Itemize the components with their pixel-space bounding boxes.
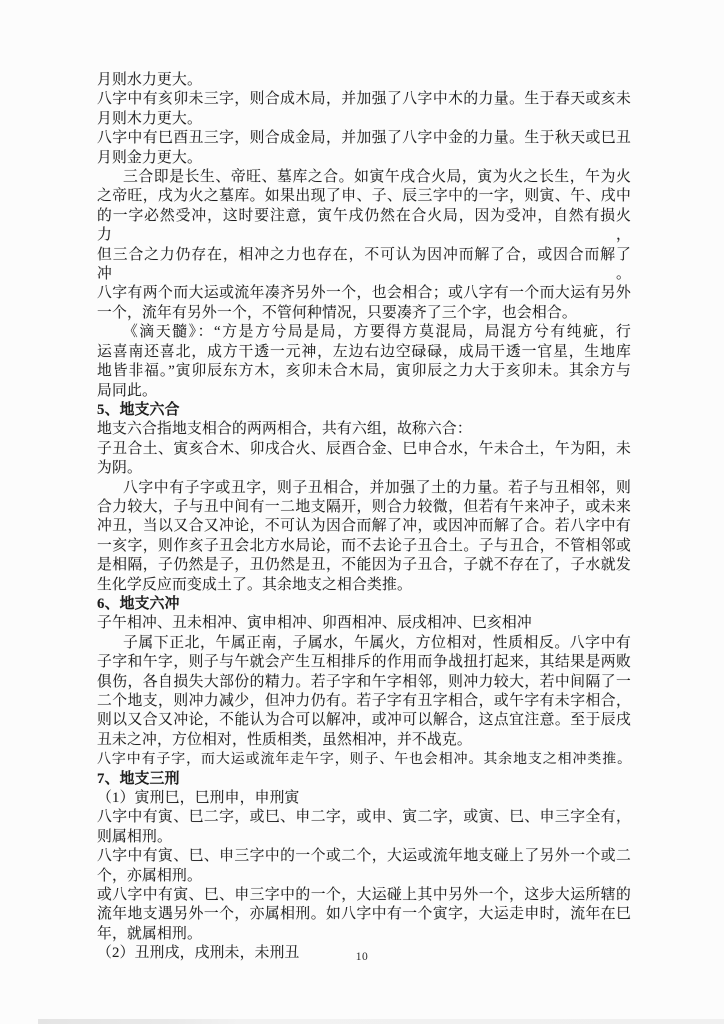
body-line: 为阴。 bbox=[97, 459, 631, 478]
body-line: 八字中有子字，而大运或流年走午字，则子、午也会相冲。其余地支之相冲类推。 bbox=[97, 750, 631, 769]
body-line: 八字中有寅、巳、申三字中的一个或二个，大运或流年地支碰上了另外一个或二 bbox=[97, 847, 631, 866]
body-line: 八字中有亥卯未三字，则合成木局，并加强了八字中木的力量。生于春天或亥未 bbox=[97, 90, 631, 109]
section-heading-dizhi-liuhe: 5、地支六合 bbox=[97, 401, 631, 420]
body-line: 合力较大，子与丑中间有一二地支隔开，则合力较微，但若有午来冲子，或未来 bbox=[97, 498, 631, 517]
document-page: 月则水力更大。 八字中有亥卯未三字，则合成木局，并加强了八字中木的力量。生于春天… bbox=[0, 0, 724, 1024]
body-line: 个，亦属相刑。 bbox=[97, 867, 631, 886]
body-line: 但三合之力仍存在，相冲之力也存在，不可认为因冲而解了合，或因合而解了冲。 bbox=[97, 246, 631, 285]
quote-line: 运喜南还喜北，成方干透一元神，左边右边空碌碌，成局干透一官星，生地库 bbox=[97, 343, 631, 362]
page-number: 10 bbox=[0, 951, 724, 963]
section-heading-dizhi-sanxing: 7、地支三刑 bbox=[97, 770, 631, 789]
body-line: 或八字中有寅、巳、申三字中的一个，大运碰上其中另外一个，这步大运所辖的 bbox=[97, 886, 631, 905]
body-line: 生化学反应而变成土了。其余地支之相合类推。 bbox=[97, 576, 631, 595]
body-line: 一亥字，则作亥子丑会北方水局论，而不去论子丑合土。子与丑合，不管相邻或 bbox=[97, 537, 631, 556]
body-line: 丑未之冲，方位相对，性质相类，虽然相冲，并不战克。 bbox=[97, 731, 631, 750]
body-line: 俱伤，各自损失大部份的精力。若子字和午字相邻，则冲力较大，若中间隔了一 bbox=[97, 673, 631, 692]
body-line: 则属相刑。 bbox=[97, 828, 631, 847]
subsection-label-1: （1）寅刑巳，巳刑申，申刑寅 bbox=[97, 789, 631, 808]
section-heading-dizhi-liuchong: 6、地支六冲 bbox=[97, 595, 631, 614]
body-line: 八字有两个而大运或流年凑齐另外一个，也会相合；或八字有一个而大运有另外 bbox=[97, 284, 631, 303]
body-line: 八字中有寅、巳二字，或巳、申二字，或申、寅二字，或寅、巳、申三字全有， bbox=[97, 808, 631, 827]
body-line: 子丑合土、寅亥合木、卯戌合火、辰酉合金、巳申合水，午未合土，午为阳，未 bbox=[97, 440, 631, 459]
body-line: 局同此。 bbox=[97, 382, 631, 401]
body-line: 月则水力更大。 bbox=[97, 71, 631, 90]
body-line: 冲丑，当以又合又冲论，不可认为因合而解了冲，或因冲而解了合。若八字中有 bbox=[97, 517, 631, 536]
quote-line: 地皆非福。”寅卯辰东方木，亥卯未合木局，寅卯辰之力大于亥卯未。其余方与 bbox=[97, 362, 631, 381]
body-line: 子午相冲、丑未相冲、寅申相冲、卯酉相冲、辰戌相冲、巳亥相冲 bbox=[97, 614, 631, 633]
quote-line: 《滴天髓》：“方是方兮局是局，方要得方莫混局，局混方兮有纯疵，行 bbox=[97, 323, 631, 342]
text-block: 月则水力更大。 八字中有亥卯未三字，则合成木局，并加强了八字中木的力量。生于春天… bbox=[97, 71, 631, 964]
body-line: 八字中有子字或丑字，则子丑相合，并加强了土的力量。若子与丑相邻，则 bbox=[97, 479, 631, 498]
body-line: 二个地支，则冲力减少，但冲力仍有。若子字有丑字相合，或午字有未字相合， bbox=[97, 692, 631, 711]
body-line: 八字中有巳酉丑三字，则合成金局，并加强了八字中金的力量。生于秋天或巳丑 bbox=[97, 129, 631, 148]
body-line: 一个，流年有另外一个，不管何种情况，只要凑齐了三个字，也会相合。 bbox=[97, 304, 631, 323]
body-line: 流年地支遇另外一个，亦属相刑。如八字中有一个寅字，大运走申时，流年在巳 bbox=[97, 905, 631, 924]
body-line: 则以又合又冲论，不能认为合可以解冲，或冲可以解合，这点宜注意。至于辰戌 bbox=[97, 711, 631, 730]
body-line: 子属下正北，午属正南，子属水，午属火，方位相对，性质相反。八字中有 bbox=[97, 634, 631, 653]
body-line: 月则金力更大。 bbox=[97, 149, 631, 168]
body-line: 年，就属相刑。 bbox=[97, 925, 631, 944]
body-line: 三合即是长生、帝旺、墓库之合。如寅午戌合火局，寅为火之长生，午为火 bbox=[97, 168, 631, 187]
body-line: 地支六合指地支相合的两两相合，共有六组，故称六合： bbox=[97, 420, 631, 439]
body-line: 子字和午字，则子与午就会产生互相排斥的作用而争战扭打起来，其结果是两败 bbox=[97, 653, 631, 672]
body-line: 之帝旺，戌为火之墓库。如果出现了申、子、辰三字中的一字，则寅、午、戌中 bbox=[97, 187, 631, 206]
body-line: 月则木力更大。 bbox=[97, 110, 631, 129]
body-line: 是相隔，子仍然是子，丑仍然是丑，不能因为子丑合，子就不存在了，子水就发 bbox=[97, 556, 631, 575]
scan-edge-artifact bbox=[38, 1019, 724, 1024]
body-line: 的一字必然受冲，这时要注意，寅午戌仍然在合火局，因为受冲，自然有损火力， bbox=[97, 207, 631, 246]
